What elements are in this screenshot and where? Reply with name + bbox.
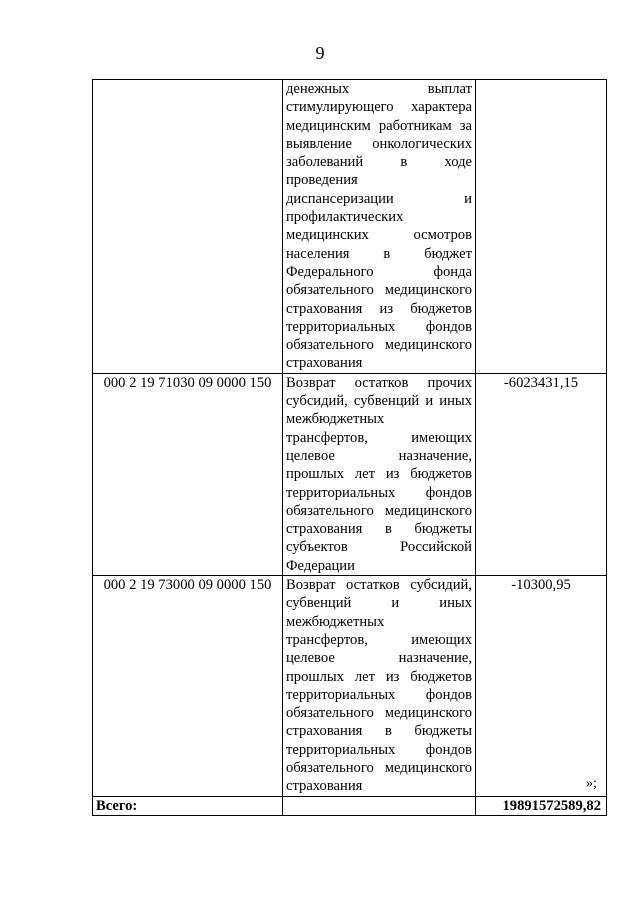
closing-quote-mark: »;: [586, 776, 597, 792]
revenue-name-line: территориальных фондов: [286, 741, 472, 759]
table-body: денежных выплатстимулирующего характерам…: [93, 80, 607, 797]
revenue-name-line: денежных выплат: [286, 80, 472, 98]
budget-code-cell: 000 2 19 71030 09 0000 150: [93, 373, 283, 575]
revenue-name-cell: Возврат остатков субсидий,субвенций и ин…: [283, 576, 476, 797]
revenue-name-line: страхования в бюджеты: [286, 520, 472, 538]
revenue-name-line: обязательного медицинского: [286, 704, 472, 722]
revenue-name-line: обязательного медицинского: [286, 502, 472, 520]
revenue-name-line: проведения: [286, 171, 472, 189]
total-amount: 19891572589,82: [476, 796, 607, 815]
revenue-name-line: целевое назначение,: [286, 447, 472, 465]
revenue-name-line: субъектов Российской: [286, 538, 472, 556]
revenue-name-line: Федерального фонда: [286, 263, 472, 281]
page-number: 9: [0, 42, 640, 64]
revenue-name-line: прошлых лет из бюджетов: [286, 465, 472, 483]
revenue-name-line: территориальных фондов: [286, 318, 472, 336]
table-row: 000 2 19 73000 09 0000 150Возврат остатк…: [93, 576, 607, 797]
revenue-name-line: обязательного медицинского: [286, 281, 472, 299]
revenue-name-line: субсидий, субвенций и иных: [286, 392, 472, 410]
revenue-name-line: профилактических: [286, 208, 472, 226]
revenue-name-line: выявление онкологических: [286, 135, 472, 153]
revenue-name-line: целевое назначение,: [286, 649, 472, 667]
amount-cell: -6023431,15: [476, 373, 607, 575]
amount-cell: -10300,95: [476, 576, 607, 797]
revenue-name-cell: Возврат остатков прочихсубсидий, субвенц…: [283, 373, 476, 575]
budget-code-cell: [93, 80, 283, 374]
revenue-name-line: межбюджетных: [286, 613, 472, 631]
amount-cell: [476, 80, 607, 374]
revenue-name-line: прошлых лет из бюджетов: [286, 668, 472, 686]
revenue-name-line: трансфертов, имеющих: [286, 631, 472, 649]
revenue-name-line: страхования из бюджетов: [286, 300, 472, 318]
revenue-name-line: трансфертов, имеющих: [286, 429, 472, 447]
revenue-name-line: диспансеризации и: [286, 190, 472, 208]
total-label: Всего:: [93, 796, 283, 815]
revenue-name-line: субвенций и иных: [286, 594, 472, 612]
revenue-name-line: страхования: [286, 354, 472, 372]
total-name-cell: [283, 796, 476, 815]
revenue-name-line: медицинским работникам за: [286, 117, 472, 135]
revenue-name-line: населения в бюджет: [286, 245, 472, 263]
revenue-name-line: Возврат остатков субсидий,: [286, 576, 472, 594]
budget-revenue-table: денежных выплатстимулирующего характерам…: [92, 79, 607, 816]
revenue-name-line: обязательного медицинского: [286, 759, 472, 777]
revenue-name-line: страхования в бюджеты: [286, 722, 472, 740]
revenue-name-line: медицинских осмотров: [286, 226, 472, 244]
table-row: денежных выплатстимулирующего характерам…: [93, 80, 607, 374]
revenue-name-line: заболеваний в ходе: [286, 153, 472, 171]
revenue-name-line: территориальных фондов: [286, 484, 472, 502]
revenue-name-line: межбюджетных: [286, 410, 472, 428]
revenue-name-cell: денежных выплатстимулирующего характерам…: [283, 80, 476, 374]
budget-code-cell: 000 2 19 73000 09 0000 150: [93, 576, 283, 797]
revenue-name-line: Федерации: [286, 557, 472, 575]
table-total-row: Всего: 19891572589,82: [93, 796, 607, 815]
revenue-name-line: страхования: [286, 777, 472, 795]
revenue-name-line: территориальных фондов: [286, 686, 472, 704]
table-row: 000 2 19 71030 09 0000 150Возврат остатк…: [93, 373, 607, 575]
revenue-name-line: Возврат остатков прочих: [286, 374, 472, 392]
revenue-name-line: обязательного медицинского: [286, 336, 472, 354]
revenue-name-line: стимулирующего характера: [286, 98, 472, 116]
